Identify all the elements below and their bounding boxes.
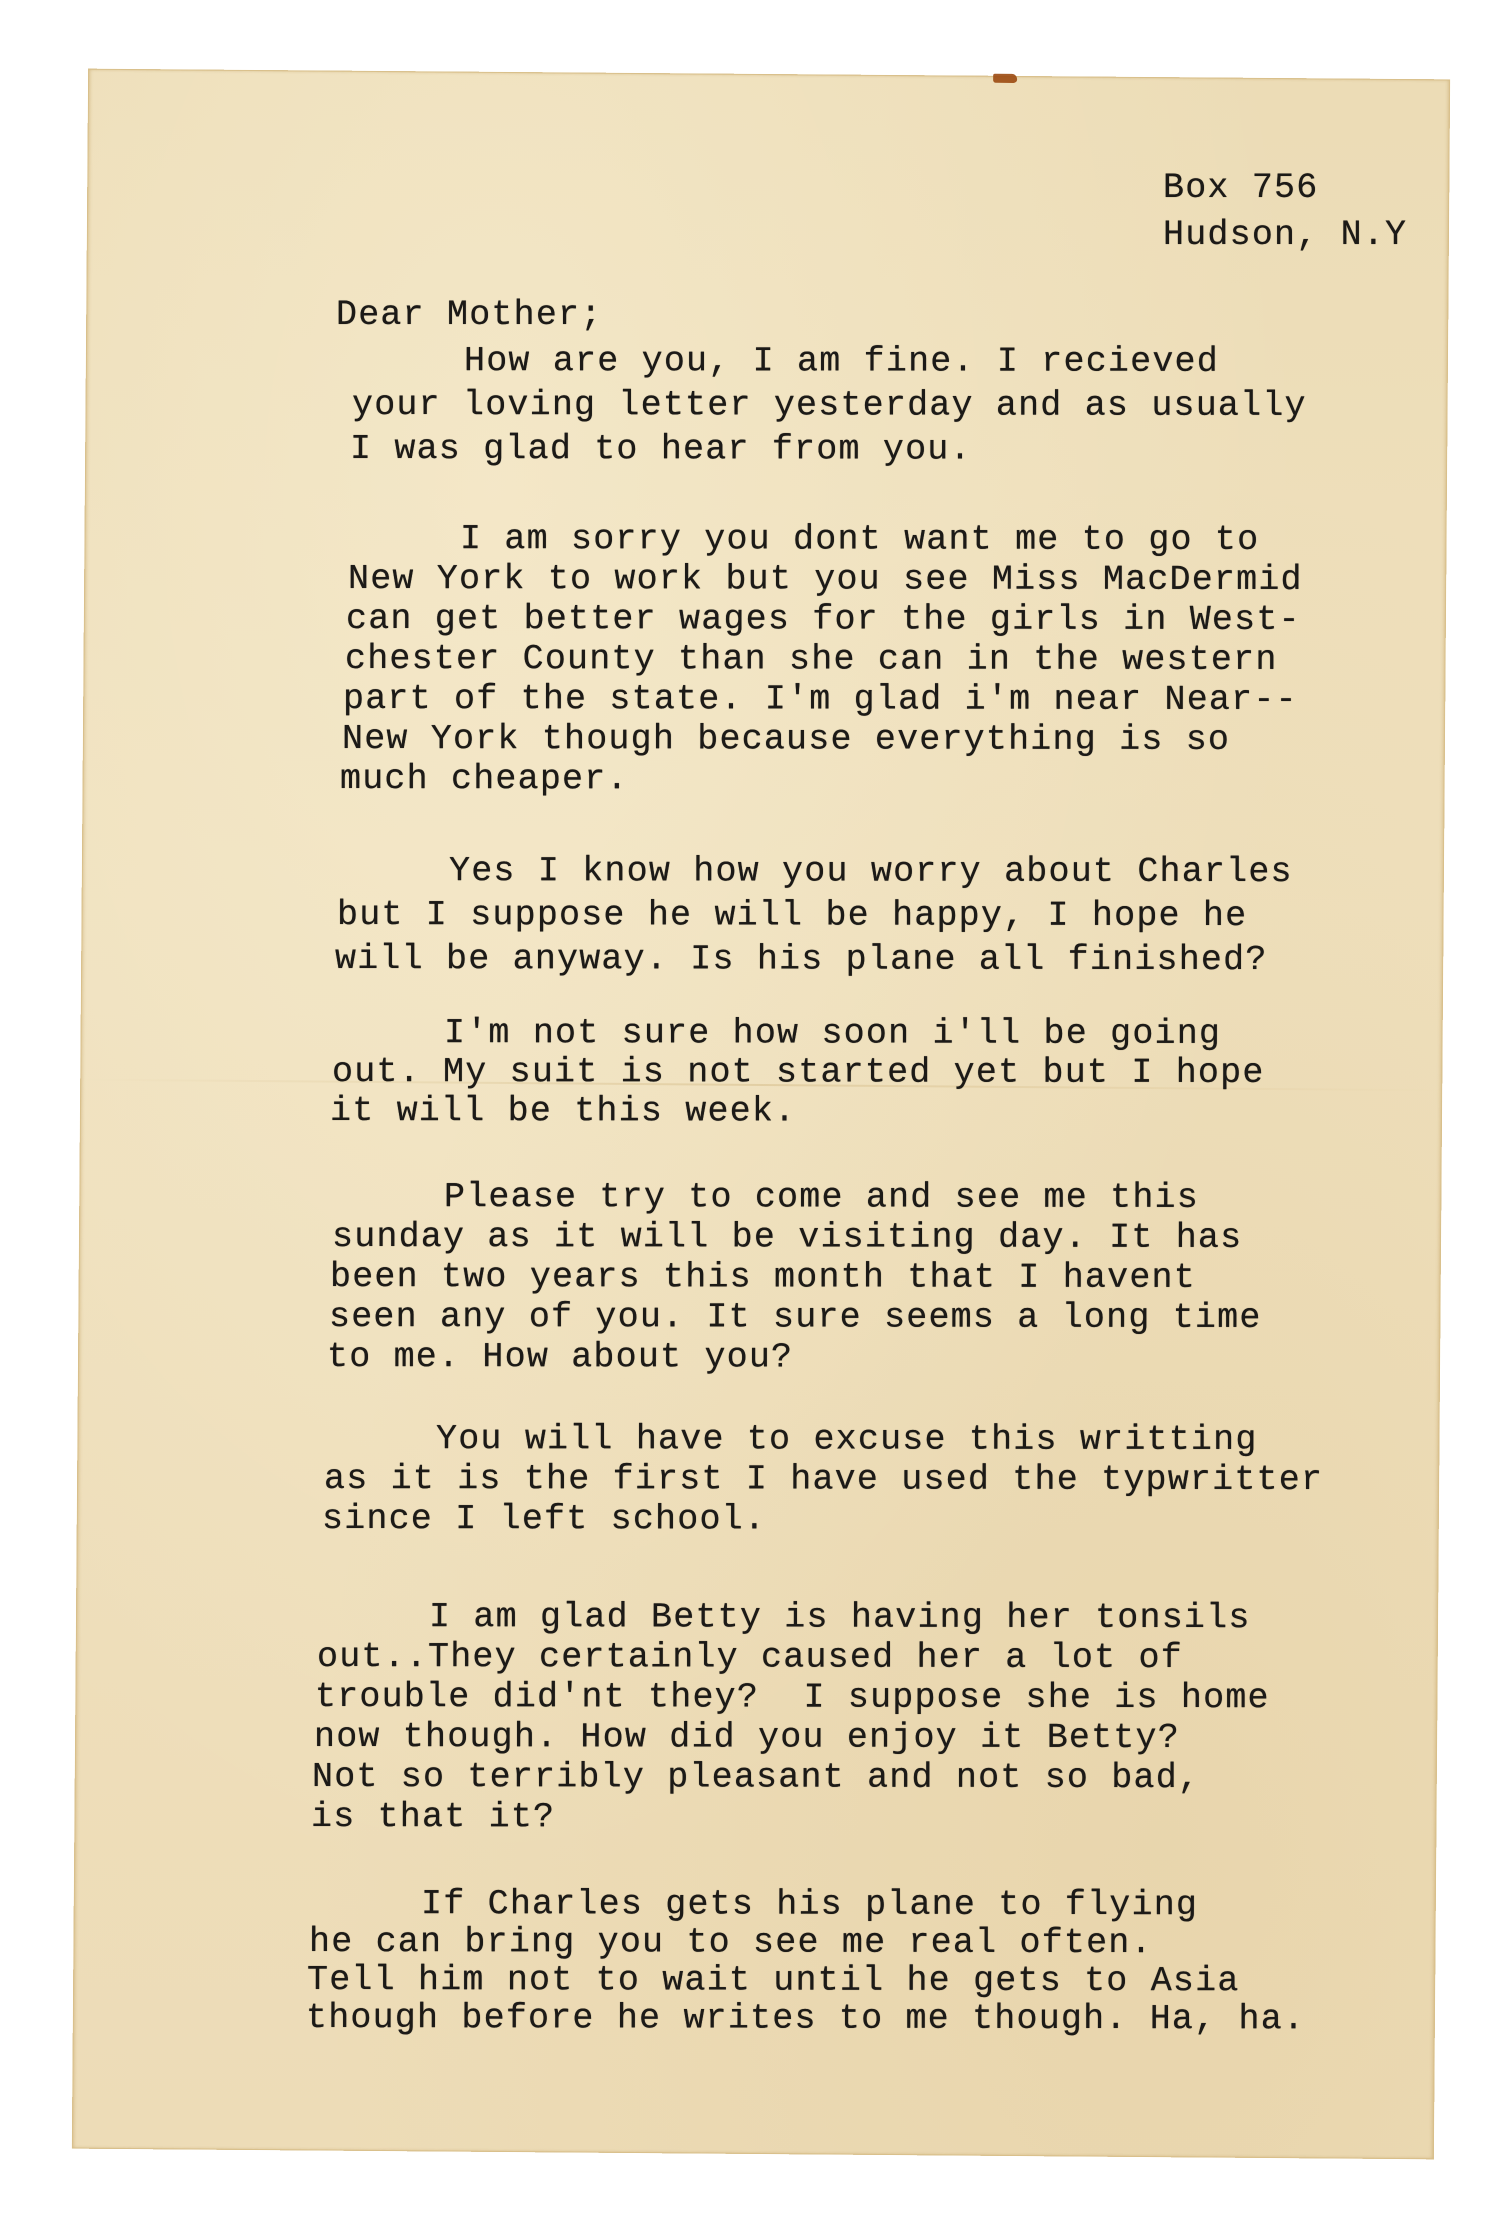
letter-line: Please try to come and see me this (333, 1180, 1199, 1216)
letter-line: I was glad to hear from you. (350, 432, 972, 468)
letter-line: much cheaper. (340, 762, 629, 797)
letter-line: I am glad Betty is having her tonsils (318, 1600, 1251, 1636)
letter-line: he can bring you to see me real often. (308, 1925, 1152, 1961)
letter-line: New York though because everything is so (341, 722, 1229, 758)
address-line-2: Hudson, N.Y (1163, 218, 1407, 253)
letter-line: How are you, I am fine. I recieved (353, 344, 1219, 380)
letter-line: Tell him not to wait until he gets to As… (307, 1963, 1240, 1999)
letter-line: been two years this month that I havent (330, 1260, 1196, 1296)
letter-line: Yes I know how you worry about Charles (338, 854, 1293, 890)
letter-line: trouble did'nt they? I suppose she is ho… (315, 1680, 1270, 1716)
letter-line: out. My suit is not started yet but I ho… (331, 1055, 1264, 1091)
letter-line: I'm not sure how soon i'll be going (333, 1016, 1221, 1052)
letter-line: part of the state. I'm glad i'm near Nea… (343, 682, 1298, 718)
letter-line: You will have to excuse this writting (325, 1422, 1258, 1458)
letter-line: can get better wages for the girls in We… (346, 602, 1301, 638)
salutation: Dear Mother; (336, 298, 602, 333)
letter-line: out..They certainly caused her a lot of (316, 1640, 1182, 1676)
letter-line: since I left school. (322, 1502, 766, 1537)
letter-line: chester County than she can in the weste… (344, 642, 1277, 678)
letter-line: it will be this week. (330, 1094, 796, 1129)
rust-stain (993, 74, 1017, 83)
letter-line: will be anyway. Is his plane all finishe… (335, 942, 1268, 978)
letter-body: Box 756 Hudson, N.Y Dear Mother; How are… (0, 0, 44, 140)
letter-line: sunday as it will be visiting day. It ha… (331, 1220, 1241, 1256)
letter-line: but I suppose he will be happy, I hope h… (336, 898, 1246, 934)
letter-line: as it is the first I have used the typwr… (323, 1462, 1322, 1498)
letter-line: I am sorry you dont want me to go to (349, 522, 1259, 558)
letter-line: your loving letter yesterday and as usua… (351, 388, 1306, 424)
letter-line: though before he writes to me though. Ha… (305, 2001, 1304, 2037)
letter-line: is that it? (310, 1800, 554, 1835)
letter-line: If Charles gets his plane to flying (310, 1887, 1198, 1923)
letter-line: to me. How about you? (327, 1340, 793, 1375)
letter-line: Not so terribly pleasant and not so bad, (312, 1760, 1200, 1796)
address-line-1: Box 756 (1163, 171, 1318, 206)
letter-line: New York to work but you see Miss MacDer… (347, 562, 1302, 598)
letter-line: seen any of you. It sure seems a long ti… (328, 1300, 1261, 1336)
letter-line: now though. How did you enjoy it Betty? (313, 1720, 1179, 1756)
